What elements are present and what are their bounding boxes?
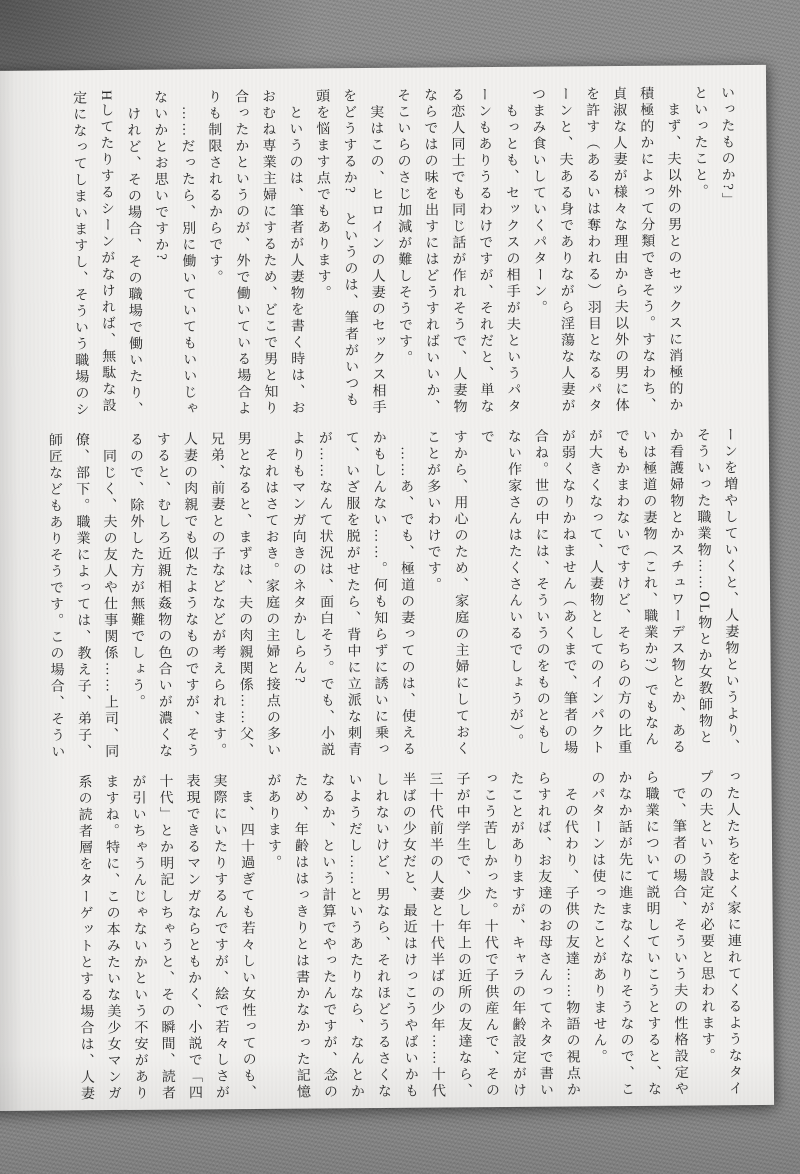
text-block-top: いったものか?」といったこと。 まず、夫以外の男とのセックスに消極的か積極的かに… [64, 85, 743, 422]
text-column: プの夫という設定が必要と思われます。 [691, 769, 721, 1101]
text-column: 系の読者層をターゲットとする場合は、人妻 [70, 774, 100, 1106]
text-column: 半ばの少女だと、最近はけっこうやばいかも [394, 772, 424, 1104]
text-column: ま、四十過ぎても若々しい女性ってのも、 [232, 773, 262, 1105]
text-column: のパターンは使ったことがありません。 [583, 770, 613, 1102]
text-column: るので、除外した方が無難でしょう。 [122, 432, 152, 764]
text-column: 子が中学生で、少し年上の近所の友達なら、 [448, 771, 478, 1103]
text-column: ことが多いわけです。 [419, 429, 449, 761]
text-column: る恋人同士でも同じ話が作れそうで、人妻物 [443, 87, 473, 419]
text-column: ……だったら、別に働いていてもいいじゃ [173, 89, 203, 421]
text-column: その代わり、子供の友達……物語の視点か [556, 770, 586, 1102]
text-column: ……あ、でも、極道の妻ってのは、使える [392, 430, 422, 762]
text-column: 人妻の肉親でも似たようなものですが、そう [176, 431, 206, 763]
text-column: があります。 [259, 773, 289, 1105]
text-column: おむね専業主婦にするため、どこで男と知り [254, 89, 284, 421]
text-column: 定になってしまいますし、そういう職場のシ [65, 90, 95, 422]
text-column: が……なんて状況は、面白そう。でも、小説 [311, 430, 341, 762]
text-column: ため、年齢ははっきりとは書かなかった記憶 [286, 772, 316, 1104]
text-column: が大きくなって、人妻物としてのインパクト [581, 428, 611, 760]
text-column: いようだし……というあたりなら、なんとか [340, 772, 370, 1104]
text-column: 積極的かによって分類できそう。すなわち、 [632, 86, 662, 418]
text-column: 貞淑な人妻が様々な理由から夫以外の男に体 [605, 86, 635, 418]
text-column: ますね。特に、この本みたいな美少女マンガ [97, 774, 127, 1106]
text-column: 同じく、夫の友人や仕事関係……上司、同 [95, 432, 125, 764]
text-column: 実際にいたりするんですが、絵で若々しさが [205, 773, 235, 1105]
text-block-bottom: った人たちをよく家に連れてくるようなタイプの夫という設定が必要と思われます。 で… [69, 769, 748, 1106]
text-column: を許す（あるいは奪われる）羽目となるパタ [578, 86, 608, 418]
text-column: すから、用心のため、家庭の主婦にしておく [446, 429, 476, 761]
text-column: をどうするか? というのは、筆者がいつも [335, 88, 365, 420]
text-column: て、いざ服を脱がせたら、背中に立派な刺青 [338, 430, 368, 762]
text-column: もっとも、セックスの相手が夫というパタ [497, 87, 527, 419]
text-column: 実はこの、ヒロインの人妻のセックス相手 [362, 88, 392, 420]
text-column: たことがありますが、キャラの年齢設定がけ [502, 771, 532, 1103]
text-column: りも制限されるからです。 [200, 89, 230, 421]
text-column: でもかまわないですけど、そちらの方の比重 [608, 428, 638, 760]
text-column: った人たちをよく家に連れてくるようなタイ [718, 769, 748, 1101]
text-column: けれど、その場合、その職場で働いたり、 [119, 90, 149, 422]
text-column: まず、夫以外の男とのセックスに消極的か [659, 86, 689, 418]
text-column: 合ね。世の中には、そういうのをものともし [527, 429, 557, 761]
text-column: ら職業について説明していこうとすると、な [637, 770, 667, 1102]
text-column: いったものか?」 [713, 85, 743, 417]
text-block-middle: ーンを増やしていくと、人妻物というより、そういった職業物……OL物とか女教師物と… [67, 427, 746, 764]
text-column: 男となると、まずは、夫の肉親関係……父、 [230, 431, 260, 763]
text-column: というのは、筆者が人妻物を書く時は、お [281, 88, 311, 420]
book-page: いったものか?」といったこと。 まず、夫以外の男とのセックスに消極的か積極的かに… [0, 65, 774, 1111]
text-column: ーンもありうるわけですが、それだと、単な [470, 87, 500, 419]
text-column: 表現できるマンガならともかく、小説で「四 [178, 773, 208, 1105]
text-column: よりもマンガ向きのネタかしらん? [284, 430, 314, 762]
text-column: ーンを増やしていくと、人妻物というより、 [716, 427, 746, 759]
text-column: が引いちゃうんじゃないかという不安があり [124, 774, 154, 1106]
text-column: 兄弟、前妻との子などなどが考えられます。 [203, 431, 233, 763]
text-column: ーンと、夫ある身でありながら淫蕩な人妻が [551, 86, 581, 418]
text-column: それはさておき。家庭の主婦と接点の多い [257, 431, 287, 763]
text-column: そこいらのさじ加減が難しそうです。 [389, 88, 419, 420]
text-column: いは極道の妻物（これ、職業か?）でもなん [635, 428, 665, 760]
text-column: Hしてたりするシーンがなければ、無駄な設 [92, 90, 122, 422]
text-column: かもしんない……。何も知らずに誘いに乗っ [365, 430, 395, 762]
text-column: そういった職業物……OL物とか女教師物と [689, 427, 719, 759]
text-column: 十代」とか明記しちゃうと、その瞬間、読者 [151, 774, 181, 1106]
text-column: 合ったかというのが、外で働いている場合よ [227, 89, 257, 421]
text-column: しれないけど、男なら、それほどうるさくな [367, 772, 397, 1104]
scan-background: { "colors": { "background": "#8f8f8f", "… [0, 0, 800, 1174]
text-column: なるか、という計算でやったんですが、念の [313, 772, 343, 1104]
text-column: 頭を悩ます点でもあります。 [308, 88, 338, 420]
text-column: か看護婦物とかスチュワーデス物とか、ある [662, 428, 692, 760]
text-column: が弱くなりかねません（あくまで、筆者の場 [554, 428, 584, 760]
text-column: つまみ食いしていくパターン。 [524, 87, 554, 419]
text-column: 三十代前半の人妻と十代半ばの少年……十代 [421, 771, 451, 1103]
text-column: ない作家さんはたくさんいるでしょうが）。で [473, 429, 530, 761]
text-column: かなか話が先に進まなくなりそうなので、こ [610, 770, 640, 1102]
text-column: らすれば、お友達のお母さんってネタで書い [529, 771, 559, 1103]
text-column: すると、むしろ近親相姦物の色合いが濃くな [149, 432, 179, 764]
text-column: 師匠などもありそうです。この場合、そうい [41, 432, 71, 764]
text-column: ないかとお思いですか? [146, 90, 176, 422]
text-column: で、筆者の場合、そういう夫の性格設定や [664, 770, 694, 1102]
text-column: 僚、部下。職業によっては、教え子、弟子、 [68, 432, 98, 764]
text-column: っこう苦しかった。十代で子供産んで、その [475, 771, 505, 1103]
text-column: ならではの味を出すにはどうすればいいか、 [416, 87, 446, 419]
text-column: といったこと。 [686, 85, 716, 417]
